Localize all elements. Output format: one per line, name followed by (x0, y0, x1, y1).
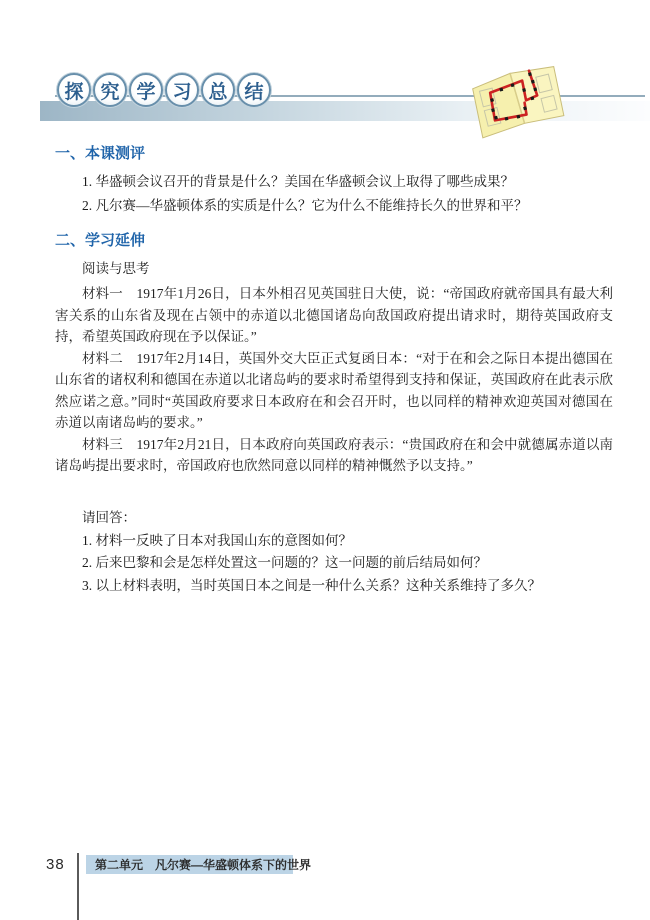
footer-divider (77, 853, 79, 920)
title-circle: 探 (57, 73, 91, 107)
assessment-question: 2. 凡尔赛—华盛顿体系的实质是什么？它为什么不能维持长久的世界和平？ (55, 194, 613, 218)
extension-question: 2. 后来巴黎和会是怎样处置这一问题的？这一问题的前后结局如何？ (55, 552, 613, 575)
footer-unit-label: 第二单元 凡尔赛—华盛顿体系下的世界 (86, 856, 311, 873)
title-circle: 结 (237, 73, 271, 107)
section-title-extension: 二、学习延伸 (55, 232, 613, 250)
title-char: 总 (208, 77, 227, 104)
materials-block: 材料一 1917年1月26日，日本外相召见英国驻日大使，说：“帝国政府就帝国具有… (55, 283, 613, 477)
page-number: 38 (46, 856, 65, 873)
page-title: 探 究 学 习 总 结 (57, 73, 273, 107)
title-circle: 总 (201, 73, 235, 107)
title-circle: 学 (129, 73, 163, 107)
title-circle: 习 (165, 73, 199, 107)
answer-prompt: 请回答： (55, 507, 613, 529)
extension-question: 1. 材料一反映了日本对我国山东的意图如何？ (55, 530, 613, 553)
title-circle: 究 (93, 73, 127, 107)
footer-unit-band: 第二单元 凡尔赛—华盛顿体系下的世界 (86, 855, 293, 874)
material-paragraph-3: 材料三 1917年2月21日，日本政府向英国政府表示：“贵国政府在和会中就德属赤… (55, 434, 613, 477)
assessment-question: 1. 华盛顿会议召开的背景是什么？美国在华盛顿会议上取得了哪些成果？ (55, 170, 613, 194)
extension-question: 3. 以上材料表明，当时英国日本之间是一种什么关系？这种关系维持了多久？ (55, 575, 613, 598)
textbook-page: 探 究 学 习 总 结 (0, 0, 650, 920)
extension-subtitle: 阅读与思考 (55, 257, 613, 280)
extension-question-list: 1. 材料一反映了日本对我国山东的意图如何？ 2. 后来巴黎和会是怎样处置这一问… (55, 530, 613, 598)
open-book-illustration (465, 58, 573, 144)
title-char: 究 (100, 77, 119, 104)
material-paragraph-2: 材料二 1917年2月14日，英国外交大臣正式复函日本：“对于在和会之际日本提出… (55, 348, 613, 434)
material-paragraph-1: 材料一 1917年1月26日，日本外相召见英国驻日大使，说：“帝国政府就帝国具有… (55, 283, 613, 348)
assessment-question-list: 1. 华盛顿会议召开的背景是什么？美国在华盛顿会议上取得了哪些成果？ 2. 凡尔… (55, 170, 613, 218)
page-content: 一、本课测评 1. 华盛顿会议召开的背景是什么？美国在华盛顿会议上取得了哪些成果… (55, 145, 613, 597)
section-title-assessment: 一、本课测评 (55, 145, 613, 163)
title-char: 习 (172, 77, 191, 104)
title-char: 结 (244, 77, 263, 104)
title-char: 学 (136, 77, 155, 104)
title-char: 探 (64, 77, 83, 104)
